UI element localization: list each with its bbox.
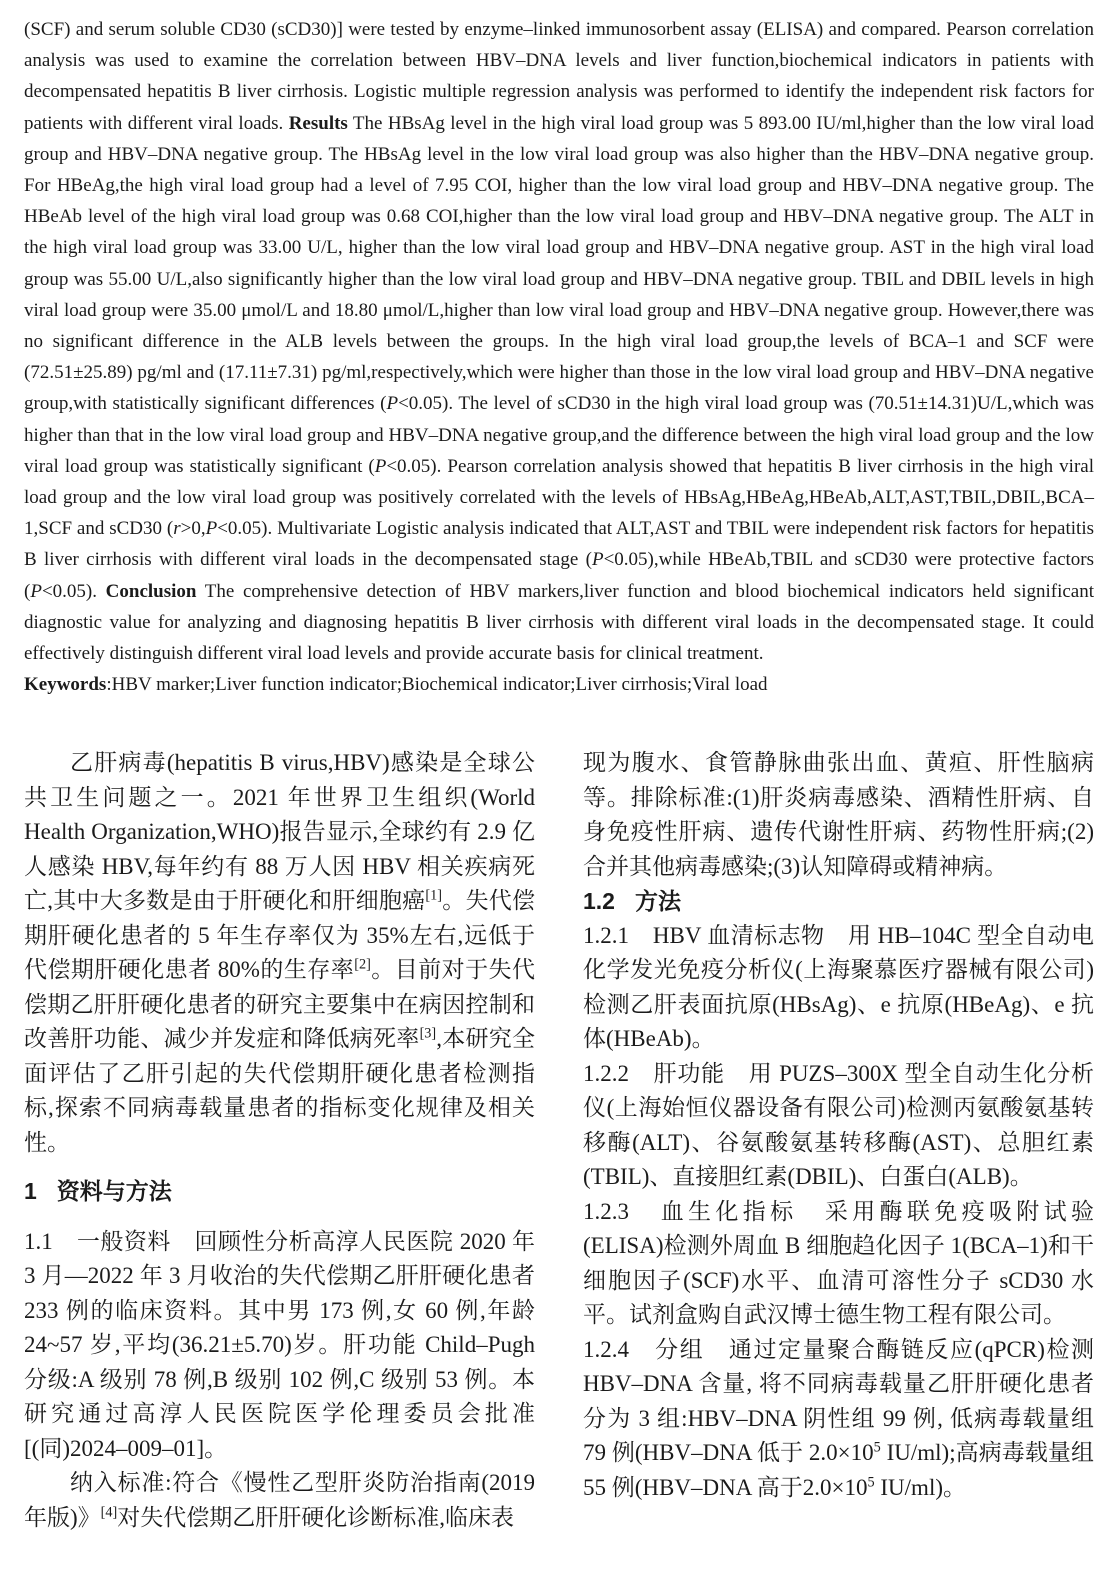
- keywords-line: Keywords:HBV marker;Liver function indic…: [24, 669, 1094, 700]
- chinese-body: 乙肝病毒(hepatitis B virus,HBV)感染是全球公共卫生问题之一…: [24, 746, 1094, 1535]
- abstract-paragraph: (SCF) and serum soluble CD30 (sCD30)] we…: [24, 14, 1094, 669]
- blood-biochemical-paragraph: 1.2.3 血生化指标 采用酶联免疫吸附试验(ELISA)检测外周血 B 细胞趋…: [583, 1195, 1094, 1333]
- liver-function-paragraph: 1.2.2 肝功能 用 PUZS–300X 型全自动生化分析仪(上海始恒仪器设备…: [583, 1057, 1094, 1195]
- general-data-paragraph: 1.1 一般资料 回顾性分析高淳人民医院 2020 年 3 月—2022 年 3…: [24, 1225, 535, 1467]
- section-1-title: 资料与方法: [57, 1178, 172, 1204]
- section-1-2-title: 方法: [635, 888, 681, 914]
- left-column: 乙肝病毒(hepatitis B virus,HBV)感染是全球公共卫生问题之一…: [24, 746, 535, 1535]
- inclusion-criteria-paragraph: 纳入标准:符合《慢性乙型肝炎防治指南(2019 年版)》[4]对失代偿期乙肝肝硬…: [24, 1466, 535, 1535]
- abstract-english-section: (SCF) and serum soluble CD30 (sCD30)] we…: [24, 14, 1094, 700]
- intro-paragraph: 乙肝病毒(hepatitis B virus,HBV)感染是全球公共卫生问题之一…: [24, 746, 535, 1160]
- section-1-2-number: 1.2: [583, 884, 615, 919]
- section-1-number: 1: [24, 1174, 37, 1209]
- right-column: 现为腹水、食管静脉曲张出血、黄疸、肝性脑病等。排除标准:(1)肝炎病毒感染、酒精…: [583, 746, 1094, 1535]
- grouping-paragraph: 1.2.4 分组 通过定量聚合酶链反应(qPCR)检测 HBV–DNA 含量, …: [583, 1333, 1094, 1506]
- journal-page: (SCF) and serum soluble CD30 (sCD30)] we…: [0, 0, 1118, 1582]
- exclusion-criteria-paragraph: 现为腹水、食管静脉曲张出血、黄疸、肝性脑病等。排除标准:(1)肝炎病毒感染、酒精…: [583, 746, 1094, 884]
- section-1-2-heading: 1.2方法: [583, 884, 1094, 919]
- hbv-serum-markers-paragraph: 1.2.1 HBV 血清标志物 用 HB–104C 型全自动电化学发光免疫分析仪…: [583, 919, 1094, 1057]
- section-1-heading: 1资料与方法: [24, 1174, 535, 1209]
